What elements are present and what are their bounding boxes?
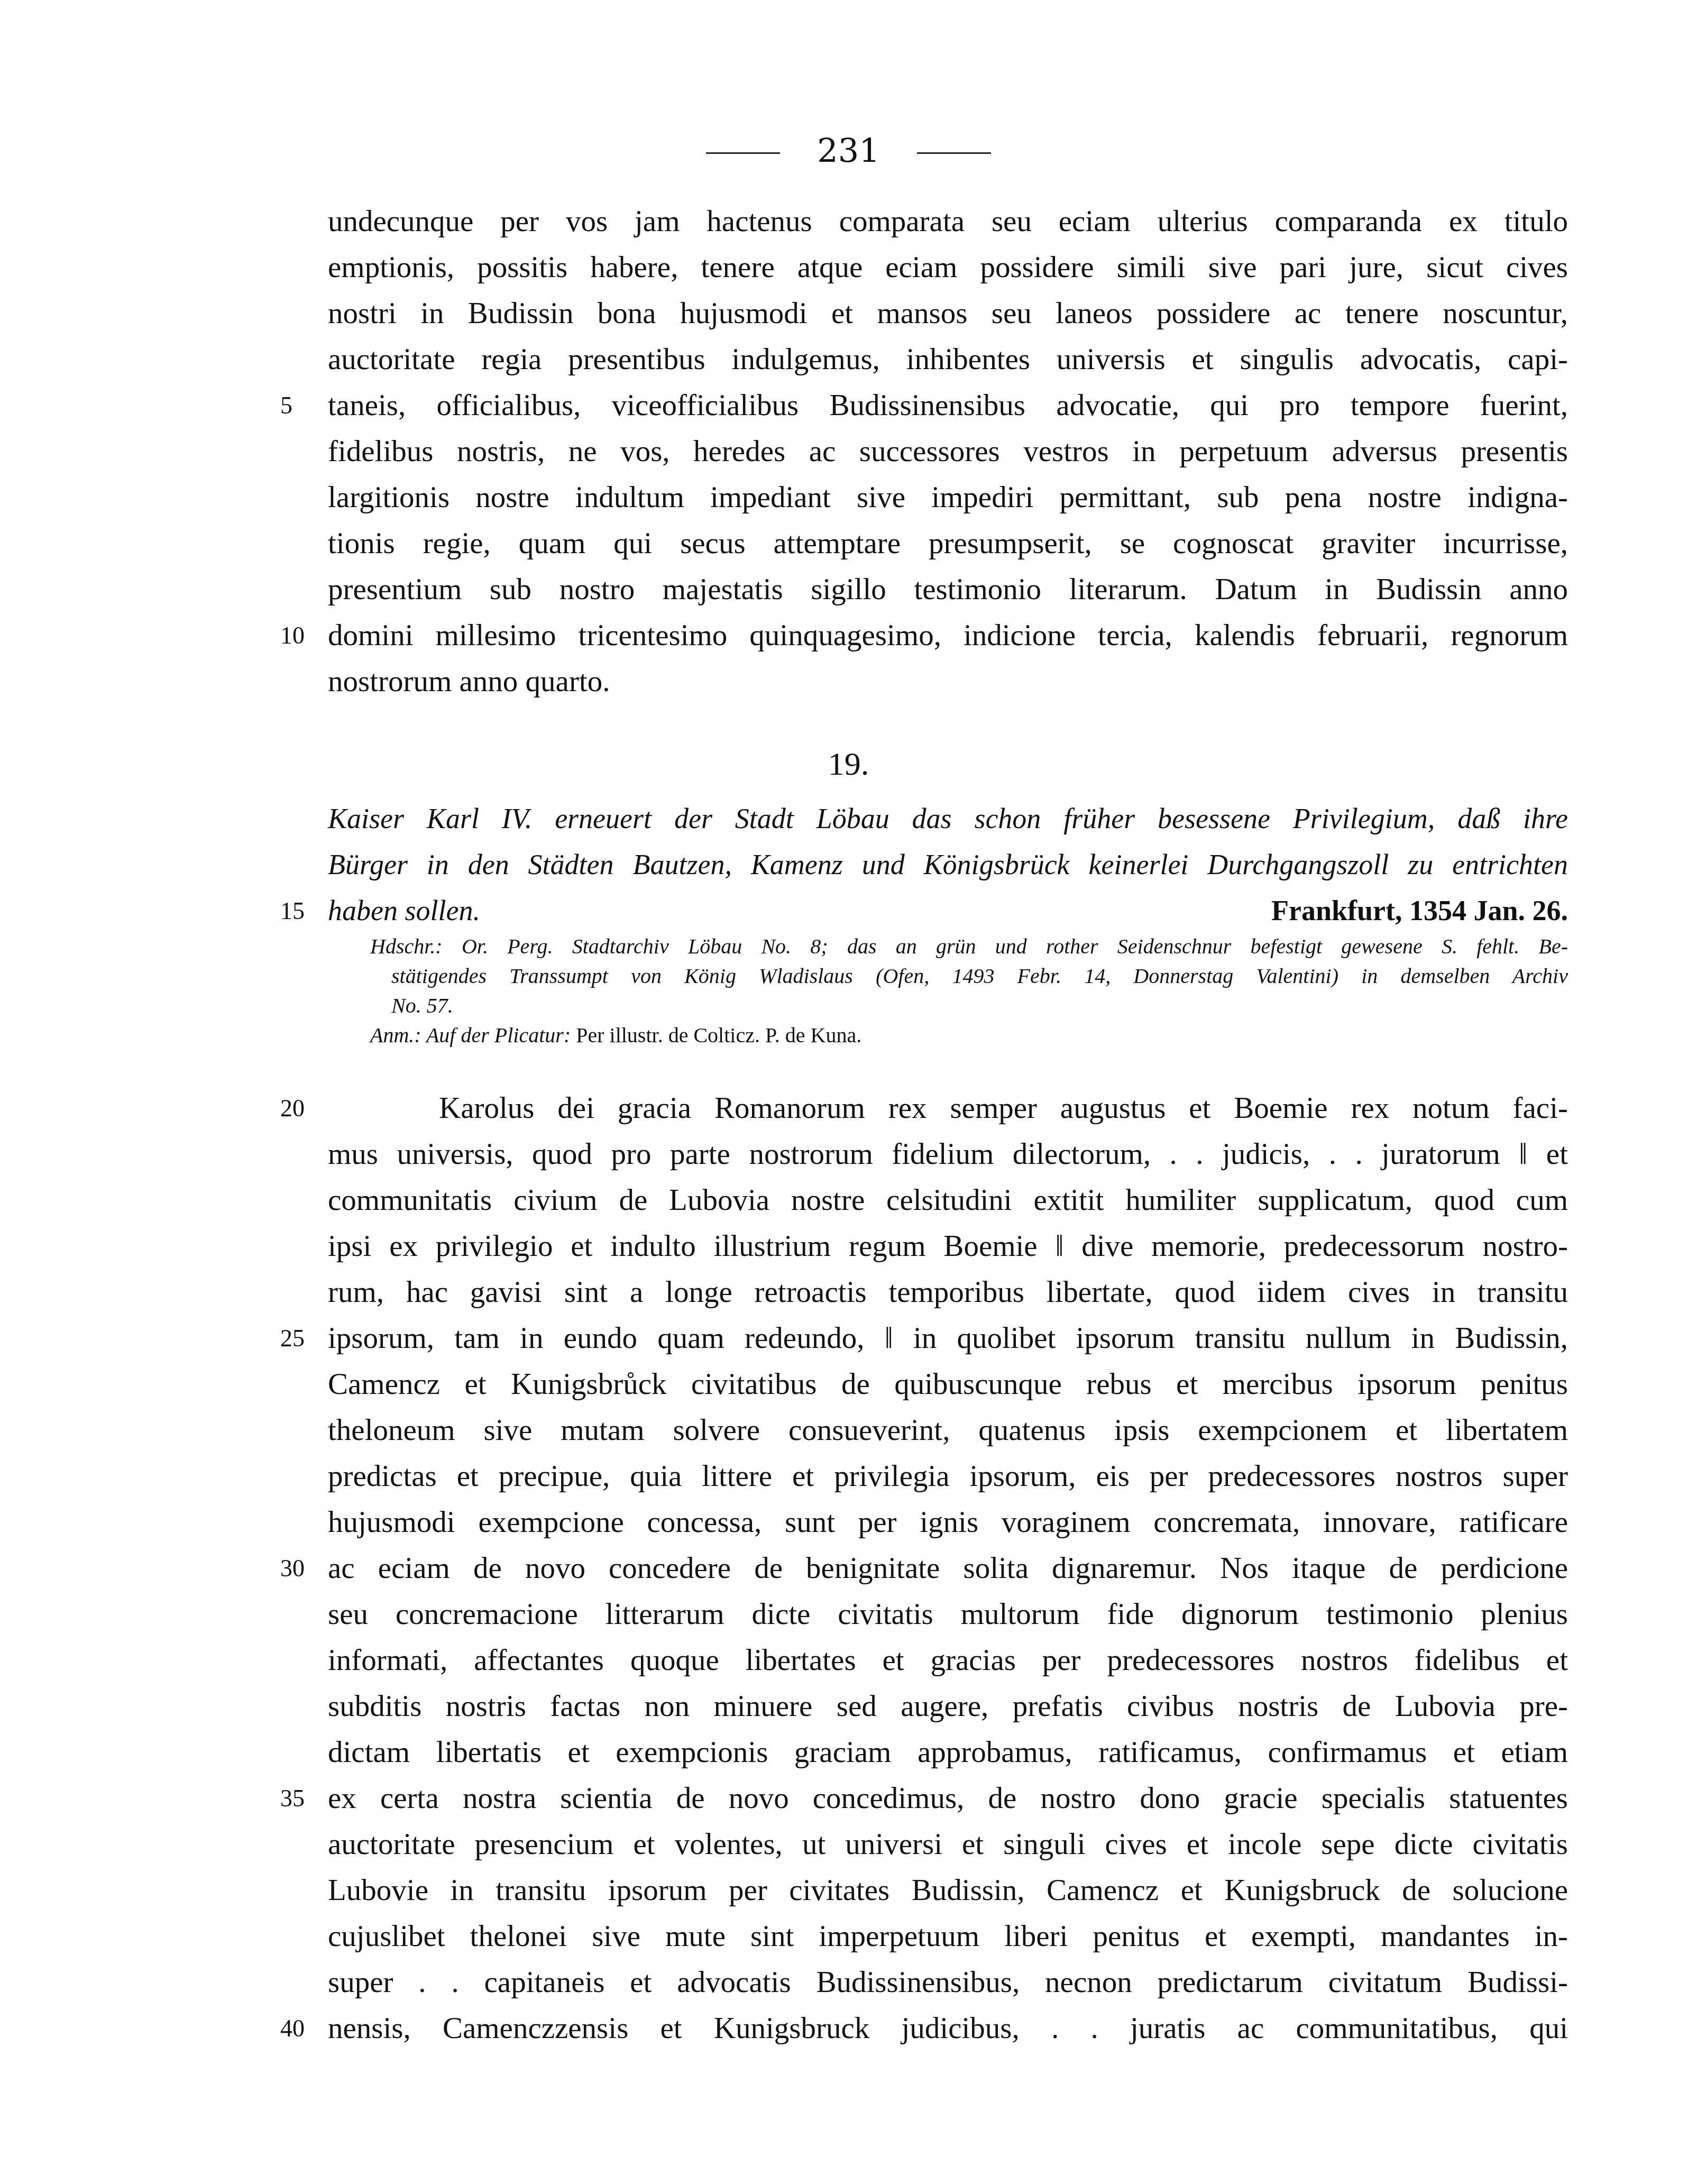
- text-line: 10domini millesimo tricentesimo quinquag…: [328, 612, 1568, 658]
- text-line: mus universis, quod pro parte nostrorum …: [328, 1131, 1568, 1177]
- text-line: emptionis, possitis habere, tenere atque…: [328, 244, 1568, 290]
- line-number: 35: [280, 1775, 317, 1821]
- text-line: predictas et precipue, quia littere et p…: [328, 1453, 1568, 1499]
- summary-line: 15haben sollen.Frankfurt, 1354 Jan. 26.: [328, 888, 1568, 934]
- line-number: 30: [280, 1545, 317, 1591]
- annotation-line: Anm.: Auf der Plicatur: Per illustr. de …: [370, 1021, 1568, 1050]
- text-line: undecunque per vos jam hactenus comparat…: [328, 198, 1568, 244]
- text-line: Camencz et Kunigsbrůck civitatibus de qu…: [328, 1361, 1568, 1407]
- text-line: rum, hac gavisi sint a longe retroactis …: [328, 1269, 1568, 1315]
- summary-line: Bürger in den Städten Bautzen, Kamenz un…: [328, 842, 1568, 888]
- text-line: fidelibus nostris, ne vos, heredes ac su…: [328, 428, 1568, 474]
- text-line: auctoritate presencium et volentes, ut u…: [328, 1821, 1568, 1867]
- text-line: 5taneis, officialibus, viceofficialibus …: [328, 382, 1568, 428]
- text-line: 20Karolus dei gracia Romanorum rex sempe…: [328, 1085, 1568, 1131]
- text-line: informati, affectantes quoque libertates…: [328, 1637, 1568, 1683]
- line-number: 15: [280, 888, 317, 934]
- text-line: super . . capitaneis et advocatis Budiss…: [328, 1959, 1568, 2005]
- text-line: 40nensis, Camenczzensis et Kunigsbruck j…: [328, 2005, 1568, 2051]
- text-line: communitatis civium de Lubovia nostre ce…: [328, 1177, 1568, 1223]
- text-line: 30ac eciam de novo concedere de benignit…: [328, 1545, 1568, 1591]
- document-notes: Hdschr.: Or. Perg. Stadtarchiv Löbau No.…: [370, 932, 1568, 1050]
- text-line: presentium sub nostro majestatis sigillo…: [328, 566, 1568, 612]
- text-line: theloneum sive mutam solvere consueverin…: [328, 1407, 1568, 1453]
- document-body: 20Karolus dei gracia Romanorum rex sempe…: [328, 1085, 1568, 2051]
- page-number: 231: [817, 131, 879, 170]
- text-line: ipsi ex privilegio et indulto illustrium…: [328, 1223, 1568, 1269]
- line-number: 20: [280, 1085, 317, 1131]
- annotation-label: Anm.: Auf der Plicatur:: [370, 1023, 571, 1047]
- note-line: Hdschr.: Or. Perg. Stadtarchiv Löbau No.…: [370, 932, 1568, 961]
- text-line: subditis nostris factas non minuere sed …: [328, 1683, 1568, 1729]
- text-line: dictam libertatis et exempcionis graciam…: [328, 1729, 1568, 1775]
- text-line: auctoritate regia presentibus indulgemus…: [328, 336, 1568, 382]
- note-line: stätigendes Transsumpt von König Wladisl…: [370, 961, 1568, 991]
- text-line: seu concremacione litterarum dicte civit…: [328, 1591, 1568, 1637]
- text-line: largitionis nostre indultum impediant si…: [328, 474, 1568, 520]
- text-line: Lubovie in transitu ipsorum per civitate…: [328, 1867, 1568, 1913]
- header-rule-left: [706, 152, 780, 154]
- line-number: 10: [280, 612, 317, 658]
- text-line: hujusmodi exempcione concessa, sunt per …: [328, 1499, 1568, 1545]
- document-number: 19.: [0, 740, 1697, 788]
- header-rule-right: [917, 152, 991, 154]
- continuation-text: undecunque per vos jam hactenus comparat…: [328, 198, 1568, 704]
- text-line: cujuslibet thelonei sive mute sint imper…: [328, 1913, 1568, 1959]
- document-summary: Kaiser Karl IV. erneuert der Stadt Löbau…: [328, 796, 1568, 934]
- page-header: 231: [0, 130, 1697, 172]
- text-line: 25ipsorum, tam in eundo quam redeundo, ‖…: [328, 1315, 1568, 1361]
- summary-line: Kaiser Karl IV. erneuert der Stadt Löbau…: [328, 796, 1568, 842]
- line-number: 5: [280, 382, 317, 428]
- line-number: 25: [280, 1315, 317, 1361]
- annotation-text: Per illustr. de Colticz. P. de Kuna.: [576, 1023, 861, 1047]
- place-date: Frankfurt, 1354 Jan. 26.: [1271, 888, 1568, 934]
- line-number: 40: [280, 2005, 317, 2051]
- text-line: tionis regie, quam qui secus attemptare …: [328, 520, 1568, 566]
- text-line: nostrorum anno quarto.: [328, 658, 1568, 704]
- text-line: 35ex certa nostra scientia de novo conce…: [328, 1775, 1568, 1821]
- text-line: nostri in Budissin bona hujusmodi et man…: [328, 290, 1568, 336]
- note-line: No. 57.: [370, 991, 1568, 1021]
